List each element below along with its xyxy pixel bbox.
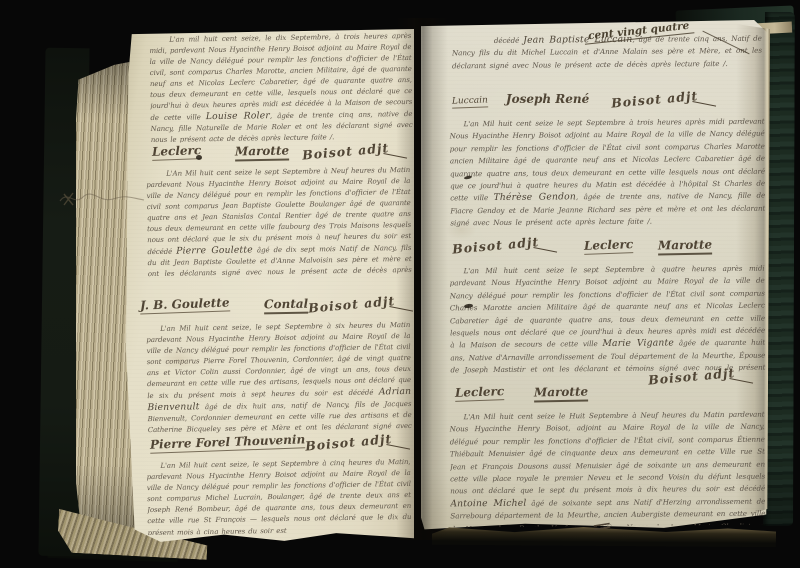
deceased-name: Louise Roler xyxy=(206,110,270,122)
signature: Boisot adjt xyxy=(301,138,408,162)
death-record-entry: L'an Mil huit cent seize, le sept Septem… xyxy=(146,457,411,535)
death-record-entry: L'An Mil huit cent seize le Huit Septemb… xyxy=(449,409,765,528)
entry-text: décédé xyxy=(494,36,519,45)
deceased-name: Antoine Michel xyxy=(450,498,526,510)
signature: Boisot adjt xyxy=(452,232,559,256)
entry-text: L'an mil huit cent seize, le dix Septemb… xyxy=(149,32,412,122)
entry-text: L'An Mil huit cent seize le sept Septemb… xyxy=(146,166,411,256)
entry-text: L'an Mil huit cent seize le sept Septemb… xyxy=(450,117,765,203)
signature: Marotte xyxy=(534,385,588,403)
entry-text: L'An Mil huit cent seize le Huit Septemb… xyxy=(450,410,766,496)
death-record-entry: L'An Mil huit cent seize le sept Septemb… xyxy=(146,165,412,281)
death-record-entry: L'an Mil huit cent seize le sept Septemb… xyxy=(449,116,765,236)
signature: Leclerc xyxy=(584,237,634,255)
signature: Marotte xyxy=(657,238,711,256)
signature-row: Pierre Forel Thouvenin Boisot adjt xyxy=(150,434,408,456)
signature: Boisot adjt xyxy=(611,86,718,110)
signature: Contal xyxy=(263,297,307,315)
entry-text: L'an Mil huit cent seize, le sept Septem… xyxy=(147,458,412,535)
signature: Marotte xyxy=(235,144,289,162)
signature: Boisot adjt xyxy=(305,429,412,453)
signature: Pierre Forel Thouvenin xyxy=(150,432,306,453)
margin-ink-scribble xyxy=(56,186,148,212)
signature-inline: Boisot adjt xyxy=(648,368,758,386)
signature: Boisot adjt xyxy=(307,291,414,315)
entry-text: L'an Mil huit cent seize le sept Septemb… xyxy=(450,264,765,350)
death-record-entry: L'an Mil huit cent seize, le sept Septem… xyxy=(146,320,412,434)
signature-row: Luccain Joseph René Boisot adjt xyxy=(452,91,702,111)
signature: Luccain xyxy=(452,95,488,108)
signature-row: J. B. Goulette Contal Boisot adjt xyxy=(140,296,410,318)
signature: Boisot adjt xyxy=(648,363,755,387)
signature: Leclerc xyxy=(152,143,202,161)
deceased-name: Pierre Goulette xyxy=(176,244,253,256)
signature: Leclerc xyxy=(455,384,505,402)
death-record-entry: L'an Mil huit cent seize le sept Septemb… xyxy=(450,263,766,378)
deceased-name: Thérèse Gendon xyxy=(494,192,577,204)
ink-blot xyxy=(196,155,202,160)
entry-text: L'an Mil huit cent seize, le sept Septem… xyxy=(146,321,411,400)
signature: J. B. Goulette xyxy=(140,295,230,314)
signature: Joseph René xyxy=(506,92,589,106)
signature-row: Boisot adjt Leclerc Marotte xyxy=(452,237,712,259)
photo-of-open-register-book: L'an mil huit cent seize, le dix Septemb… xyxy=(0,0,800,568)
death-record-entry: L'an mil huit cent seize, le dix Septemb… xyxy=(149,31,413,143)
deceased-name: Marie Vigante xyxy=(602,338,674,350)
signature-row: Leclerc Marotte xyxy=(455,385,665,407)
signature-row: Leclerc Marotte Boisot adjt xyxy=(152,143,408,165)
